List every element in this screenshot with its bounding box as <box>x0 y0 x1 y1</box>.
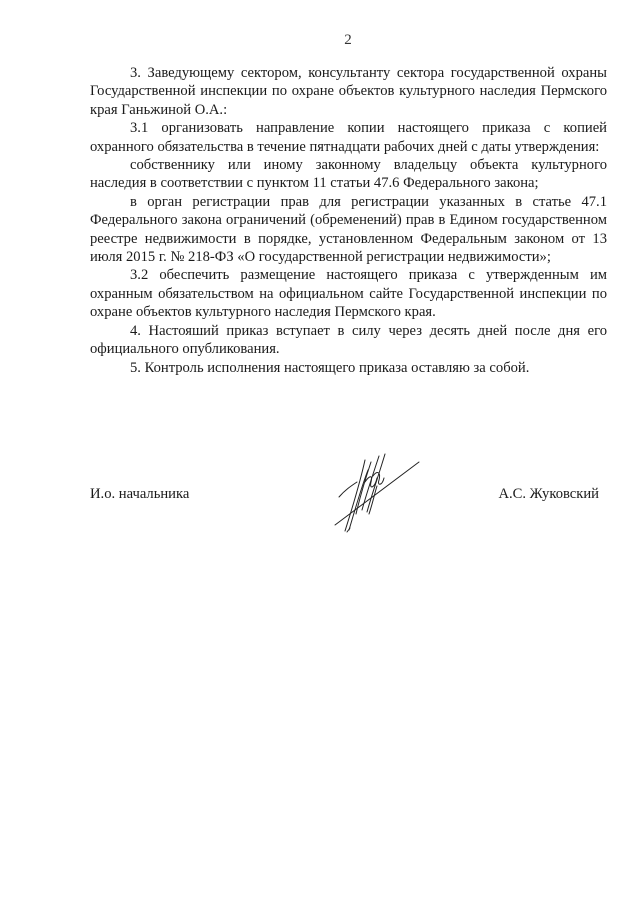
paragraph-3-1-registry: в орган регистрации прав для регистрации… <box>90 193 607 267</box>
paragraph-3-1-owner: собственнику или иному законному владель… <box>90 156 607 193</box>
paragraph-3: 3. Заведующему сектором, консультанту се… <box>90 64 607 119</box>
document-page: 2 3. Заведующему сектором, консультанту … <box>0 0 640 905</box>
signatory-name: А.С. Жуковский <box>498 486 599 503</box>
paragraph-3-1: 3.1 организовать направление копии насто… <box>90 119 607 156</box>
handwritten-signature-icon <box>327 452 422 537</box>
signatory-title: И.о. начальника <box>90 486 189 503</box>
paragraph-4: 4. Настояший приказ вступает в силу чере… <box>90 322 607 359</box>
page-number: 2 <box>0 32 640 49</box>
paragraph-3-2: 3.2 обеспечить размещение настоящего при… <box>90 266 607 321</box>
signature-block: И.о. начальника А.С. Жуковский <box>90 450 607 540</box>
document-body: 3. Заведующему сектором, консультанту се… <box>90 64 607 377</box>
paragraph-5: 5. Контроль исполнения настоящего приказ… <box>90 359 607 377</box>
